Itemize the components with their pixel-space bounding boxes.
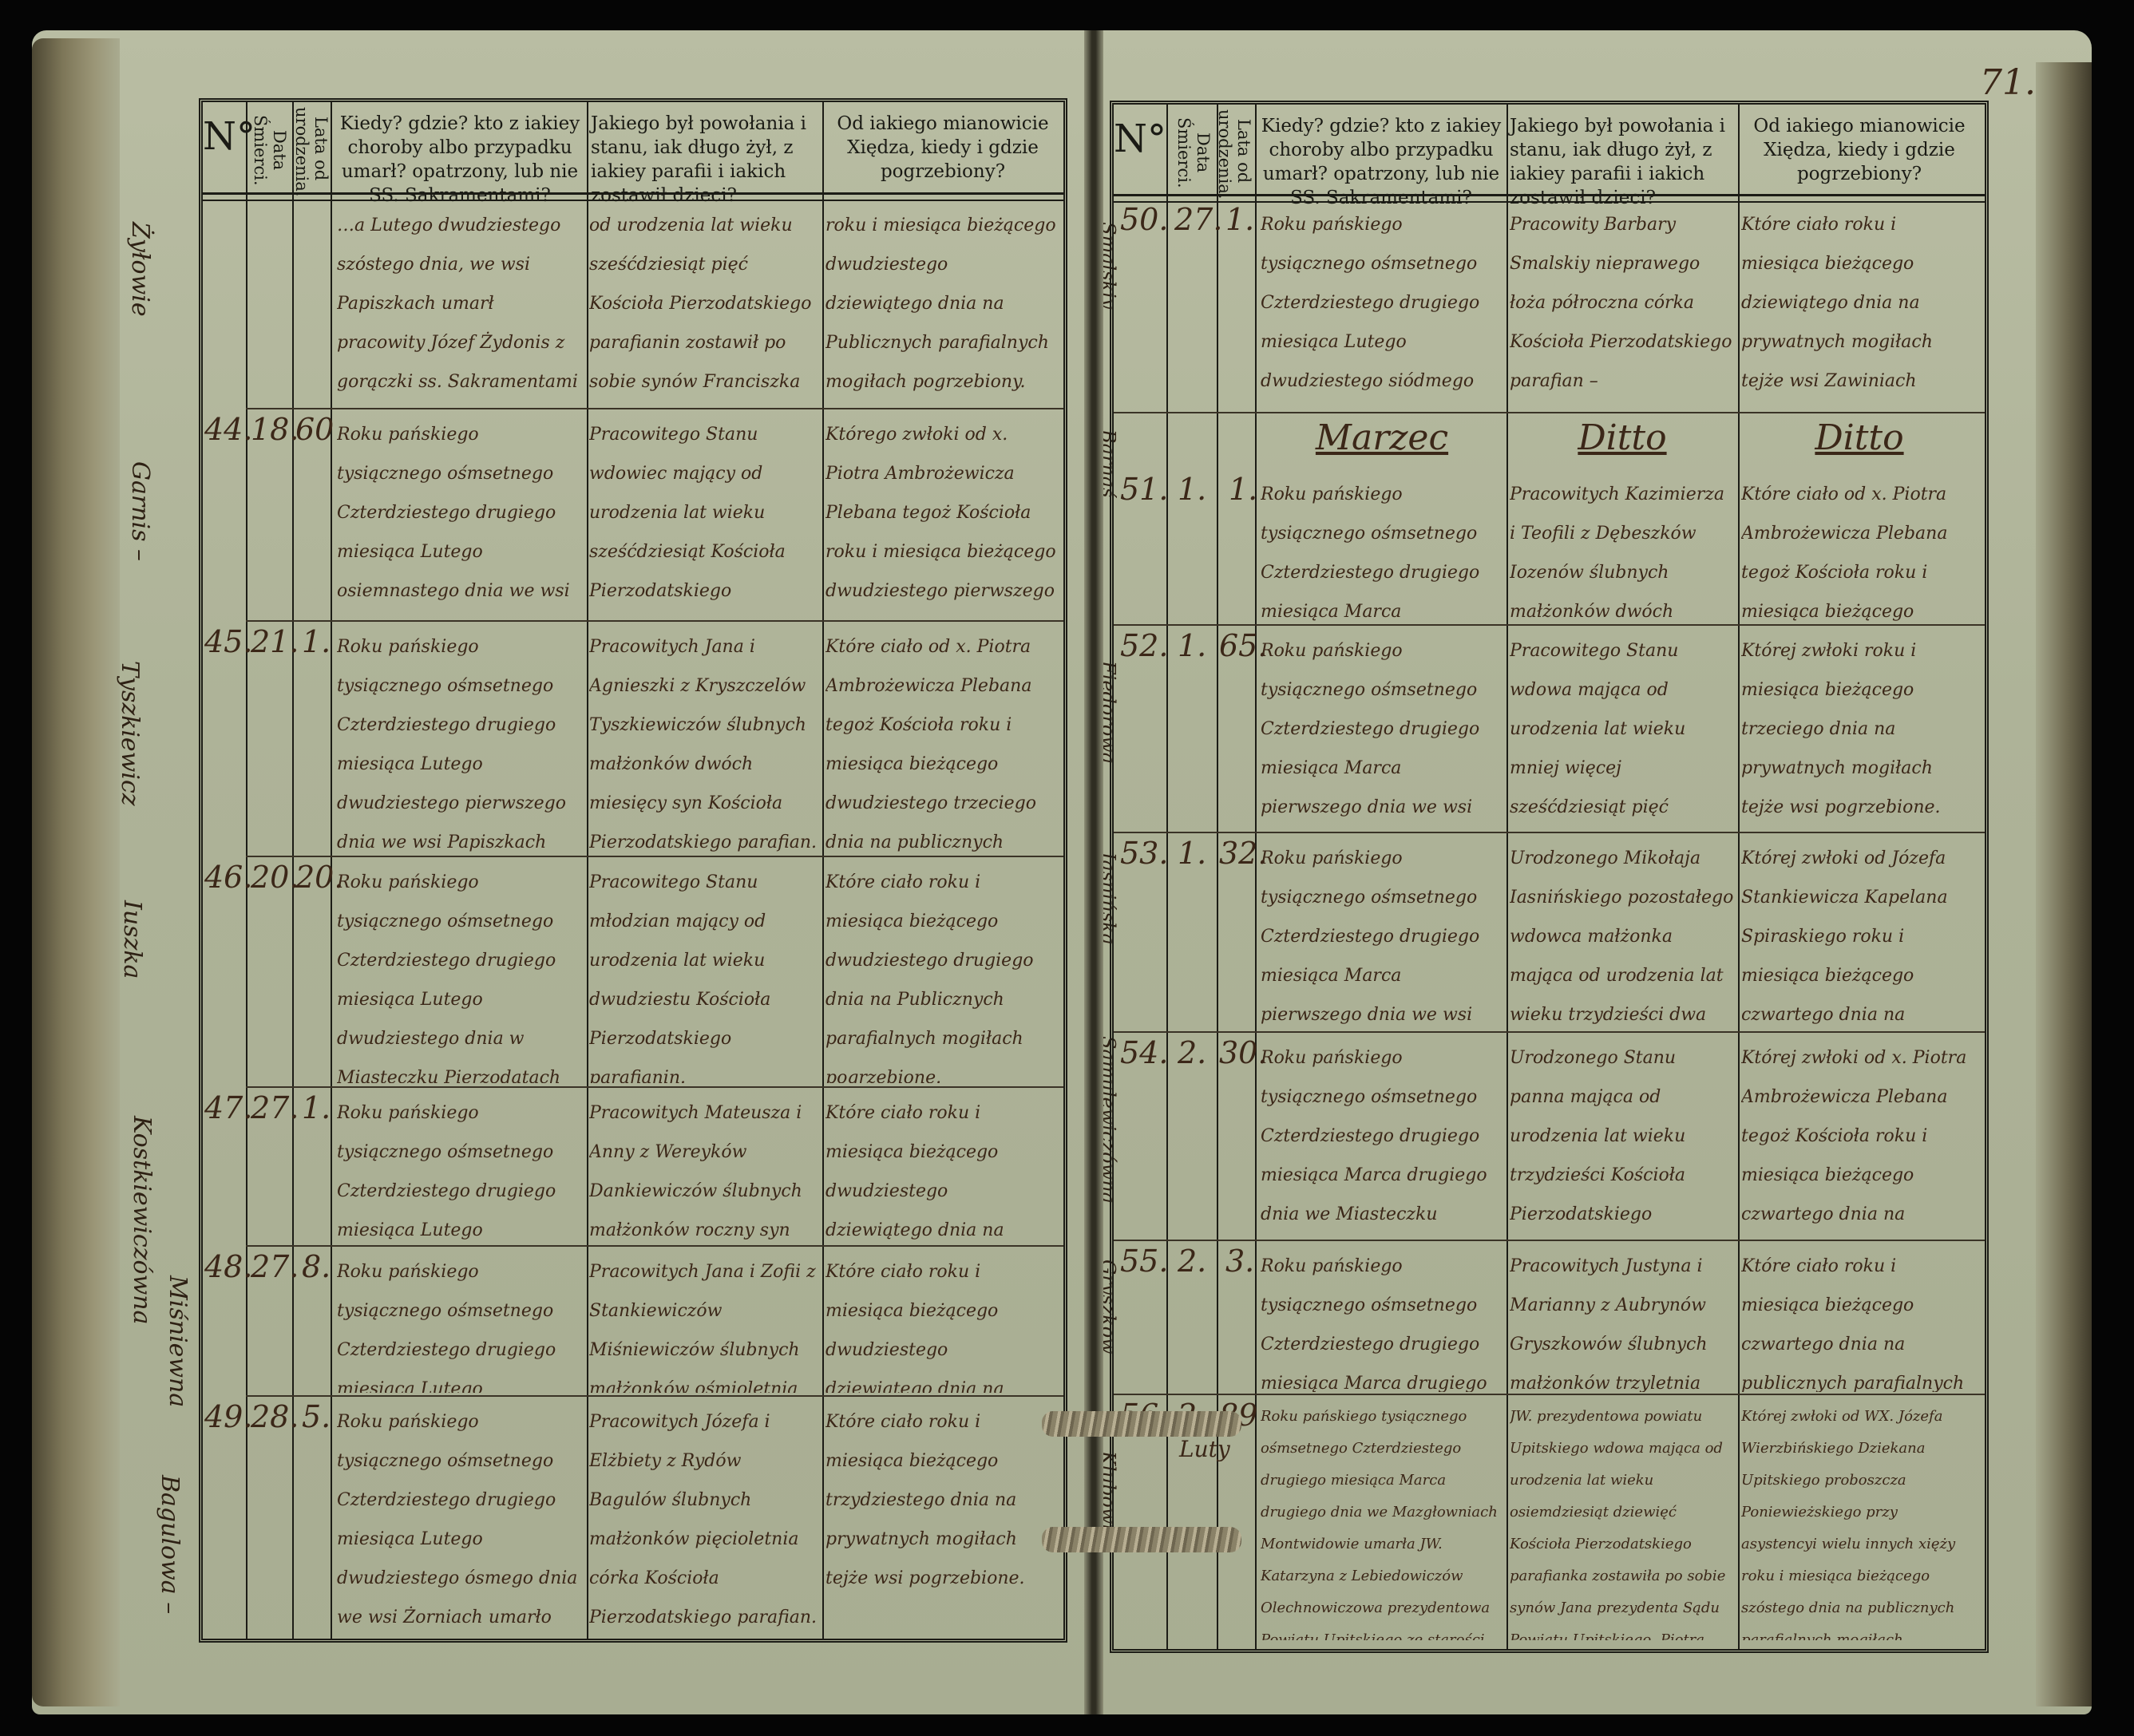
entry-when: Roku pańskiego tysiącznego ośmsetnego Cz… — [1261, 1401, 1503, 1640]
entry-number: 52. — [1120, 628, 1168, 663]
ditto-heading: Ditto — [1741, 417, 1978, 458]
entry-when: Roku pańskiego tysiącznego ośmsetnego Cz… — [337, 863, 583, 1083]
col-divider — [587, 102, 588, 1639]
header-no: N° — [1114, 127, 1166, 151]
entry-date: 20. — [251, 860, 299, 895]
row-divider — [1114, 624, 1985, 626]
entry-burial: Które ciało roku i miesiąca bieżącego tr… — [825, 1402, 1057, 1631]
margin-name: Żyłowie — [126, 222, 154, 421]
margin-name: Bagulowa – — [156, 1475, 184, 1667]
col-divider — [822, 102, 824, 1639]
entry-burial: Które ciało roku i miesiąca bieżącego dw… — [825, 1252, 1057, 1393]
entry-age: 1. — [302, 624, 331, 659]
entry-date: 27. — [251, 1090, 299, 1125]
entry-number: 51. — [1120, 472, 1168, 507]
margin-name: Iuszka — [118, 900, 146, 1028]
entry-date: 1. — [1178, 628, 1206, 663]
row-divider — [246, 1245, 1063, 1247]
entry-burial: Które ciało roku i miesiąca bieżącego dw… — [825, 1093, 1057, 1244]
row-divider — [246, 1395, 1063, 1397]
left-page: Żyłowie Garnis – Tyszkiewicz Iuszka Kost… — [32, 30, 1094, 1714]
entry-when: Roku pańskiego tysiącznego ośmsetnego Cz… — [1261, 631, 1503, 829]
header-age: Lata od urodzenia. — [294, 107, 331, 190]
header-occupation: Jakiego był powołania i stanu, iak długo… — [591, 112, 819, 208]
entry-when: …a Lutego dwudziestego szóstego dnia, we… — [337, 206, 583, 405]
month-heading: Marzec — [1261, 417, 1503, 458]
entry-when: Roku pańskiego tysiącznego ośmsetnego Cz… — [1261, 839, 1503, 1029]
entry-date: 27. — [251, 1249, 299, 1284]
entry-occupation: Pracowitego Stanu wdowa mająca od urodze… — [1510, 631, 1735, 829]
entry-number: 50. — [1120, 202, 1168, 237]
entry-number: 47. — [204, 1090, 252, 1125]
row-divider — [246, 856, 1063, 857]
entry-date: 1. — [1178, 472, 1206, 507]
entry-occupation: Pracowitego Stanu młodzian mający od uro… — [589, 863, 819, 1083]
entry-when: Roku pańskiego tysiącznego ośmsetnego Cz… — [337, 1252, 583, 1393]
entry-burial: Które ciało od x. Piotra Ambrożewicza Pl… — [825, 627, 1057, 852]
margin-name: Kostkiewiczówna — [128, 1116, 156, 1315]
entry-when: Roku pańskiego tysiącznego ośmsetnego Cz… — [337, 1402, 583, 1631]
entry-age: 1. — [1225, 202, 1254, 237]
entry-when: Roku pańskiego tysiącznego ośmsetnego Cz… — [1261, 1247, 1503, 1392]
left-register-table: N° Data Śmierci. Lata od urodzenia. Kied… — [199, 98, 1067, 1643]
header-burial: Od iakiego mianowicie Xiędza, kiedy i gd… — [1741, 114, 1978, 186]
entry-occupation: Pracowitych Mateusza i Anny z Wereyków D… — [589, 1093, 819, 1244]
ditto-heading: Ditto — [1510, 417, 1735, 458]
page-number: 71. — [1980, 62, 2036, 103]
entry-date: 1. — [1178, 836, 1206, 871]
entry-burial: Którego zwłoki od x. Piotra Ambrożewicza… — [825, 415, 1057, 615]
header-age: Lata od urodzenia. — [1218, 109, 1253, 192]
margin-name: Tyszkiewicz — [116, 661, 144, 860]
entry-burial: Której zwłoki roku i miesiąca bieżącego … — [1741, 631, 1978, 829]
entry-burial: Której zwłoki od Józefa Stankiewicza Kap… — [1741, 839, 1978, 1029]
entry-burial: Której zwłoki od x. Piotra Ambrożewicza … — [1741, 1038, 1978, 1236]
entry-age: 8. — [302, 1249, 331, 1284]
entry-age: 60 — [295, 412, 334, 447]
entry-burial: Które ciało roku i miesiąca bieżącego dz… — [1741, 205, 1978, 409]
entry-when: Roku pańskiego tysiącznego ośmsetnego Cz… — [337, 627, 583, 852]
header-no: N° — [203, 125, 246, 148]
entry-number: 46. — [204, 860, 252, 895]
entry-occupation: Pracowitego Stanu wdowiec mający od urod… — [589, 415, 819, 615]
right-page: 71. Smalskiy Barnaś Fiedorowa Iasnińska … — [1094, 30, 2092, 1714]
entry-number: 45. — [204, 624, 252, 659]
entry-age: 1. — [302, 1090, 331, 1125]
entry-burial: Które ciało roku i miesiąca bieżącego dw… — [825, 863, 1057, 1083]
entry-occupation: Urodzonego Mikołaja Iasnińskiego pozosta… — [1510, 839, 1735, 1029]
row-divider — [1114, 832, 1985, 833]
entry-date: 21. — [251, 624, 299, 659]
right-register-table: N° Data Śmierci. Lata od urodzenia. Kied… — [1110, 101, 1989, 1653]
entry-number: 48. — [204, 1249, 252, 1284]
row-divider — [1114, 1031, 1985, 1033]
row-divider — [246, 620, 1063, 622]
entry-date: 27. — [1174, 202, 1222, 237]
binding-thread — [1042, 1527, 1241, 1552]
header-occupation: Jakiego był powołania i stanu, iak długo… — [1510, 114, 1735, 210]
entry-number: 49. — [204, 1399, 252, 1434]
entry-when: Roku pańskiego tysiącznego ośmsetnego Cz… — [337, 415, 583, 615]
entry-burial: Które ciało roku i miesiąca bieżącego cz… — [1741, 1247, 1978, 1392]
entry-age: 1. — [1229, 472, 1257, 507]
entry-burial: roku i miesiąca bieżącego dwudziestego d… — [825, 206, 1057, 405]
entry-date: 2. — [1178, 1244, 1206, 1279]
entry-date: 2. — [1178, 1035, 1206, 1070]
entry-note: Luty — [1179, 1436, 1230, 1462]
header-date-death: Data Śmierci. — [249, 110, 289, 190]
row-divider — [1114, 1394, 1985, 1395]
entry-occupation: Pracowitych Jana i Agnieszki z Kryszczel… — [589, 627, 819, 852]
entry-number: 53. — [1120, 836, 1168, 871]
book-gutter — [1084, 30, 1103, 1714]
entry-age: 5. — [302, 1399, 331, 1434]
margin-name: Miśniewna — [164, 1275, 192, 1459]
margin-name: Garnis – — [126, 461, 154, 637]
entry-occupation: Urodzonego Stanu panna mająca od urodzen… — [1510, 1038, 1735, 1236]
header-burial: Od iakiego mianowicie Xiędza, kiedy i gd… — [827, 112, 1059, 184]
entry-when: Roku pańskiego tysiącznego ośmsetnego Cz… — [1261, 475, 1503, 622]
entry-occupation: Pracowity Barbary Smalskiy nieprawego ło… — [1510, 205, 1735, 409]
entry-occupation: JW. prezydentowa powiatu Upitskiego wdow… — [1510, 1401, 1735, 1640]
entry-occupation: od urodzenia lat wieku sześćdziesiąt pię… — [589, 206, 819, 405]
left-page-edge — [32, 38, 120, 1706]
entry-when: Roku pańskiego tysiącznego ośmsetnego Cz… — [1261, 205, 1503, 409]
row-divider — [1114, 412, 1985, 413]
entry-when: Roku pańskiego tysiącznego ośmsetnego Cz… — [1261, 1038, 1503, 1236]
binding-thread — [1042, 1411, 1241, 1437]
header-when-where: Kiedy? gdzie? kto z iakiey choroby albo … — [335, 112, 584, 208]
entry-number: 55. — [1120, 1244, 1168, 1279]
open-register-book: Żyłowie Garnis – Tyszkiewicz Iuszka Kost… — [32, 30, 2092, 1714]
entry-number: 44. — [204, 412, 252, 447]
right-page-edge — [2036, 62, 2092, 1706]
entry-occupation: Pracowitych Kazimierza i Teofili z Dębes… — [1510, 475, 1735, 622]
entry-date: 18. — [251, 412, 299, 447]
entry-when: Roku pańskiego tysiącznego ośmsetnego Cz… — [337, 1093, 583, 1244]
entry-burial: Które ciało od x. Piotra Ambrożewicza Pl… — [1741, 475, 1978, 622]
entry-occupation: Pracowitych Justyna i Marianny z Aubrynó… — [1510, 1247, 1735, 1392]
row-divider — [246, 1086, 1063, 1088]
entry-occupation: Pracowitych Józefa i Elżbiety z Rydów Ba… — [589, 1402, 819, 1631]
header-date-death: Data Śmierci. — [1170, 113, 1213, 192]
entry-date: 28. — [251, 1399, 299, 1434]
header-when-where: Kiedy? gdzie? kto z iakiey choroby albo … — [1259, 114, 1503, 210]
entry-burial: Której zwłoki od WX. Józefa Wierzbińskie… — [1741, 1401, 1978, 1640]
entry-number: 54. — [1120, 1035, 1168, 1070]
row-divider — [1114, 1240, 1985, 1241]
row-divider — [246, 408, 1063, 409]
col-divider — [1738, 105, 1740, 1649]
entry-occupation: Pracowitych Jana i Zofii z Stankiewiczów… — [589, 1252, 819, 1393]
col-divider — [1506, 105, 1508, 1649]
entry-age: 3. — [1225, 1244, 1254, 1279]
